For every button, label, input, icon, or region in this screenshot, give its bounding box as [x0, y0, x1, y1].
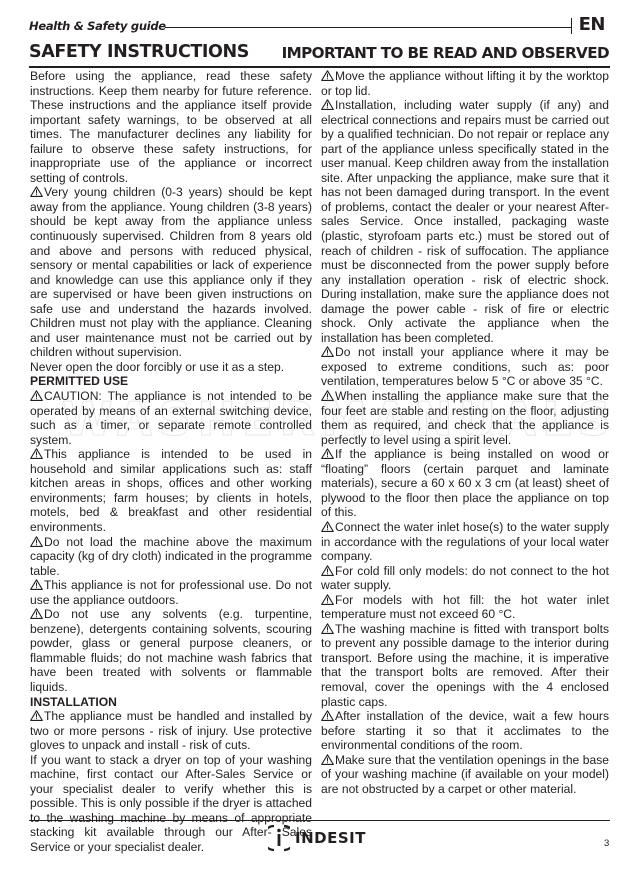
paragraph-text: This appliance is intended to be used in… [30, 447, 312, 534]
paragraph-text: Before using the appliance, read these s… [30, 69, 312, 185]
paragraph-text: For models with hot fill: the hot water … [321, 593, 609, 622]
warning-triangle-icon [321, 521, 334, 532]
paragraph-text: Very young children (0-3 years) should b… [30, 185, 312, 359]
paragraph-text: Do not use any solvents (e.g. turpentine… [30, 607, 312, 694]
right-column: Move the appliance without lifting it by… [321, 69, 609, 796]
paragraph-text: If the appliance is being installed on w… [321, 447, 609, 519]
paragraph-text: After installation of the device, wait a… [321, 709, 609, 752]
warning-triangle-icon [321, 754, 334, 765]
paragraph: Never open the door forcibly or use it a… [30, 360, 312, 375]
section-heading: INSTALLATION [30, 695, 312, 710]
warning-paragraph: This appliance is not for professional u… [30, 578, 312, 607]
paragraph-text: Do not load the machine above the maximu… [30, 535, 312, 578]
warning-triangle-icon [30, 608, 43, 619]
page-number: 3 [604, 838, 609, 849]
paragraph-text: Make sure that the ventilation openings … [321, 753, 609, 796]
warning-paragraph: The appliance must be handled and instal… [30, 709, 312, 753]
warning-triangle-icon [321, 565, 334, 576]
warning-triangle-icon [321, 710, 334, 721]
paragraph-text: This appliance is not for professional u… [30, 578, 312, 607]
paragraph-text: INSTALLATION [30, 695, 117, 709]
warning-triangle-icon [30, 710, 43, 721]
footer-divider [29, 820, 610, 821]
warning-paragraph: This appliance is intended to be used in… [30, 447, 312, 534]
header-rule-tick [571, 18, 572, 34]
warning-paragraph: Connect the water inlet hose(s) to the w… [321, 520, 609, 564]
warning-triangle-icon [30, 448, 43, 459]
warning-triangle-icon [321, 70, 334, 81]
warning-paragraph: When installing the appliance make sure … [321, 389, 609, 447]
warning-triangle-icon [321, 623, 334, 634]
page-subtitle: IMPORTANT TO BE READ AND OBSERVED [282, 44, 609, 62]
warning-triangle-icon [321, 594, 334, 605]
paragraph-text: The washing machine is fitted with trans… [321, 622, 609, 709]
paragraph-text: Do not install your appliance where it m… [321, 345, 609, 388]
paragraph-text: For cold fill only models: do not connec… [321, 564, 609, 593]
warning-triangle-icon [321, 346, 334, 357]
paragraph-text: When installing the appliance make sure … [321, 389, 609, 447]
warning-paragraph: Very young children (0-3 years) should b… [30, 185, 312, 360]
warning-paragraph: CAUTION: The appliance is not intended t… [30, 389, 312, 447]
warning-paragraph: Installation, including water supply (if… [321, 98, 609, 345]
paragraph: Before using the appliance, read these s… [30, 69, 312, 185]
warning-paragraph: After installation of the device, wait a… [321, 709, 609, 753]
paragraph-text: Connect the water inlet hose(s) to the w… [321, 520, 609, 563]
warning-paragraph: Do not use any solvents (e.g. turpentine… [30, 607, 312, 694]
warning-paragraph: For cold fill only models: do not connec… [321, 564, 609, 593]
paragraph-text: CAUTION: The appliance is not intended t… [30, 389, 312, 447]
header-rule [165, 27, 571, 28]
warning-triangle-icon [321, 99, 334, 110]
warning-paragraph: Make sure that the ventilation openings … [321, 753, 609, 797]
left-column: Before using the appliance, read these s… [30, 69, 312, 855]
warning-paragraph: If the appliance is being installed on w… [321, 447, 609, 520]
warning-paragraph: Do not load the machine above the maximu… [30, 535, 312, 579]
paragraph-text: Never open the door forcibly or use it a… [30, 360, 284, 374]
warning-paragraph: For models with hot fill: the hot water … [321, 593, 609, 622]
warning-triangle-icon [30, 579, 43, 590]
section-heading: PERMITTED USE [30, 374, 312, 389]
guide-label: Health & Safety guide [29, 19, 166, 33]
warning-paragraph: Do not install your appliance where it m… [321, 345, 609, 389]
warning-paragraph: The washing machine is fitted with trans… [321, 622, 609, 709]
language-badge: EN [579, 14, 605, 35]
paragraph-text: The appliance must be handled and instal… [30, 709, 312, 752]
warning-triangle-icon [321, 448, 334, 459]
paragraph-text: PERMITTED USE [30, 374, 128, 388]
title-row: SAFETY INSTRUCTIONS IMPORTANT TO BE READ… [29, 42, 609, 66]
warning-triangle-icon [321, 390, 334, 401]
running-header: Health & Safety guide EN [29, 18, 609, 36]
paragraph-text: Installation, including water supply (if… [321, 98, 609, 345]
brand-name: INDESIT [295, 829, 366, 847]
indesit-logo-icon [268, 824, 290, 852]
page-title: SAFETY INSTRUCTIONS [29, 42, 249, 62]
brand-logo: INDESIT [268, 823, 366, 853]
paragraph-text: Move the appliance without lifting it by… [321, 69, 609, 98]
warning-triangle-icon [30, 390, 43, 401]
title-divider [29, 66, 610, 68]
warning-paragraph: Move the appliance without lifting it by… [321, 69, 609, 98]
warning-triangle-icon [30, 536, 43, 547]
warning-triangle-icon [30, 186, 43, 197]
